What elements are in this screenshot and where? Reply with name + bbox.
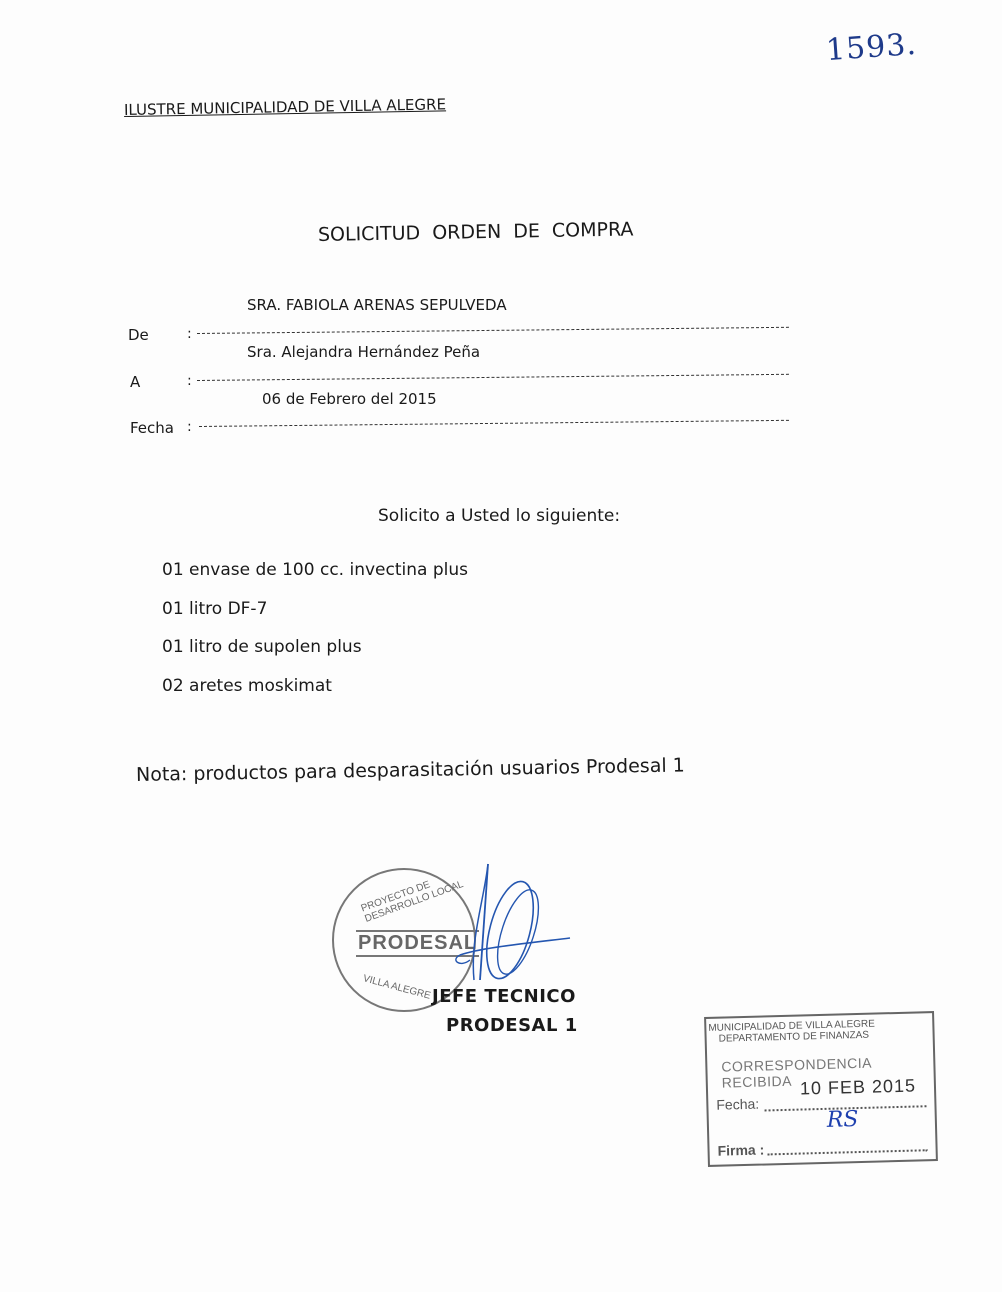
municipality-header: ILUSTRE MUNICIPALIDAD DE VILLA ALEGRE xyxy=(124,95,446,119)
stamp-date-label: Fecha: xyxy=(716,1096,759,1113)
from-label: De xyxy=(128,326,149,344)
received-stamp-header: MUNICIPALIDAD DE VILLA ALEGRE DEPARTAMEN… xyxy=(708,1019,875,1045)
date-value: 06 de Febrero del 2015 xyxy=(262,390,437,408)
to-value: Sra. Alejandra Hernández Peña xyxy=(247,343,480,361)
list-item: 01 envase de 100 cc. invectina plus xyxy=(162,560,468,580)
date-label: Fecha xyxy=(130,419,174,437)
from-dotted-line xyxy=(197,327,789,334)
from-colon: : xyxy=(187,326,192,342)
signer-unit: PRODESAL 1 xyxy=(446,1015,578,1036)
to-colon: : xyxy=(187,373,192,389)
note: Nota: productos para desparasitación usu… xyxy=(136,754,685,786)
received-stamp: MUNICIPALIDAD DE VILLA ALEGRE DEPARTAMEN… xyxy=(704,1011,938,1167)
stamp-initials: RS xyxy=(826,1107,858,1133)
signature-scribble-icon xyxy=(440,860,580,1000)
request-intro: Solicito a Usted lo siguiente: xyxy=(378,506,620,526)
date-colon: : xyxy=(187,419,192,435)
stamp-signature-line xyxy=(768,1149,928,1155)
date-dotted-line xyxy=(199,420,789,427)
list-item: 02 aretes moskimat xyxy=(162,676,332,696)
signer-role: JEFE TECNICO xyxy=(432,986,576,1007)
stamp-signature-label: Firma : xyxy=(717,1142,764,1159)
document-title: SOLICITUD ORDEN DE COMPRA xyxy=(318,218,634,246)
list-item: 01 litro de supolen plus xyxy=(162,637,362,657)
handwritten-folio-number: 1593. xyxy=(825,27,918,68)
stamp-date-value: 10 FEB 2015 xyxy=(800,1076,917,1100)
from-value: SRA. FABIOLA ARENAS SEPULVEDA xyxy=(247,296,507,314)
to-label: A xyxy=(130,373,140,391)
to-dotted-line xyxy=(197,374,789,381)
stamp-bottom-text: VILLA ALEGRE xyxy=(362,973,432,1002)
list-item: 01 litro DF-7 xyxy=(162,599,267,619)
